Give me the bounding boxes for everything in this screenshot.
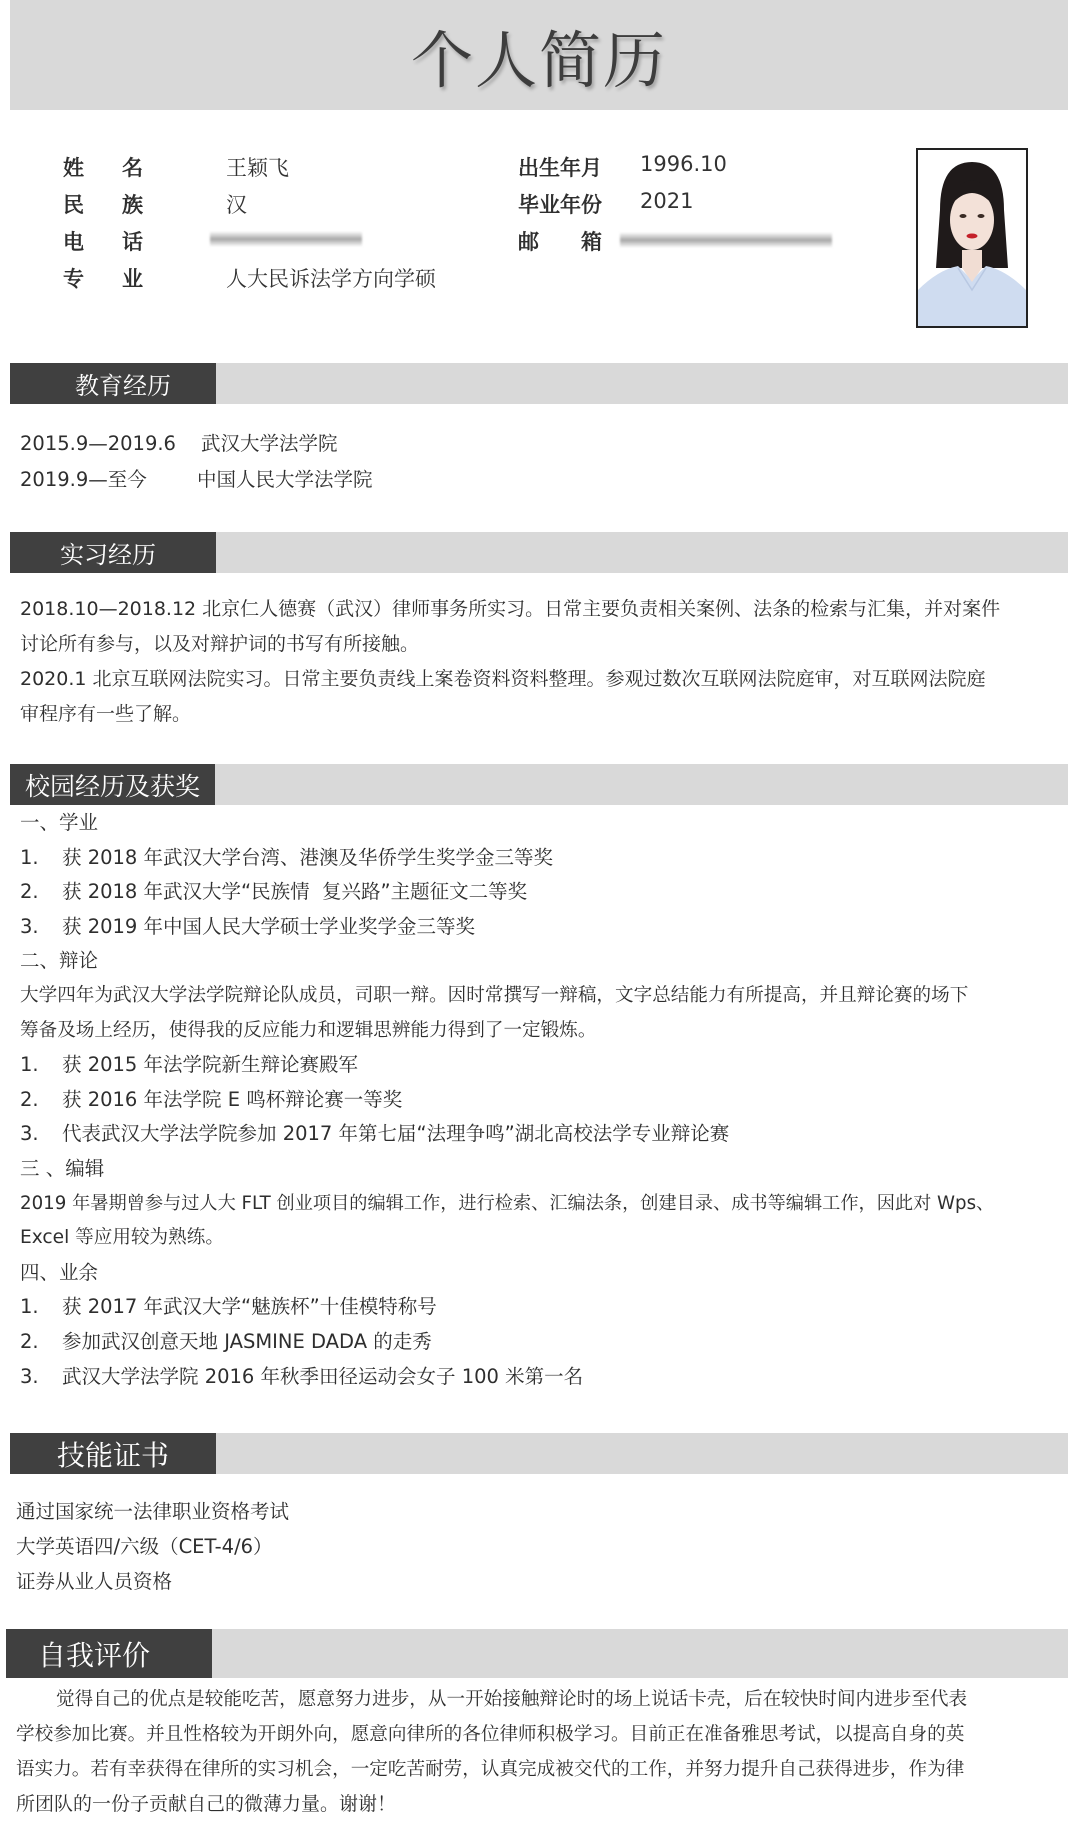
list-item: 3.获 2019 年中国人民大学硕士学业奖学金三等奖 xyxy=(20,910,1070,945)
text-line: 讨论所有参与，以及对辩护词的书写有所接触。 xyxy=(20,627,1070,662)
section-title: 教育经历 xyxy=(10,363,216,404)
label-char: 姓 xyxy=(63,152,84,182)
grad-label: 毕业年份 xyxy=(518,189,602,219)
text-line: 筹备及场上经历，使得我的反应能力和逻辑思辨能力得到了一定锻炼。 xyxy=(20,1014,1070,1049)
text-line: 2018.10—2018.12 北京仁人德赛（武汉）律师事务所实习。日常主要负责… xyxy=(20,592,1070,627)
text-line: 审程序有一些了解。 xyxy=(20,697,1070,732)
name-value: 王颖飞 xyxy=(226,152,289,182)
list-item: 3.武汉大学法学院 2016 年秋季田径运动会女子 100 米第一名 xyxy=(20,1360,1070,1395)
text-line: Excel 等应用较为熟练。 xyxy=(20,1221,1070,1256)
label-char: 民 xyxy=(63,189,84,219)
grad-value: 2021 xyxy=(640,189,693,213)
label-char: 名 xyxy=(122,152,143,182)
phone-redacted xyxy=(210,232,362,246)
skills-list: 通过国家统一法律职业资格考试 大学英语四/六级（CET-4/6） 证券从业人员资… xyxy=(16,1494,289,1599)
email-redacted xyxy=(620,233,832,247)
item-text: 代表武汉大学法学院参加 2017 年第七届“法理争鸣”湖北高校法学专业辩论赛 xyxy=(62,1122,729,1145)
major-label: 专业 xyxy=(63,263,143,293)
skill-item: 证券从业人员资格 xyxy=(16,1564,289,1599)
item-text: 获 2015 年法学院新生辩论赛殿军 xyxy=(62,1053,358,1076)
item-text: 参加武汉创意天地 JASMINE DADA 的走秀 xyxy=(62,1330,432,1353)
birth-value: 1996.10 xyxy=(640,152,727,176)
text-line: 学校参加比赛。并且性格较为开朗外向，愿意向律所的各位律师积极学习。目前正在准备雅… xyxy=(16,1717,1071,1752)
item-number: 3. xyxy=(20,910,62,945)
name-label: 姓名 xyxy=(63,152,143,182)
education-school: 武汉大学法学院 xyxy=(201,432,338,455)
label-char: 业 xyxy=(122,263,143,293)
ethnicity-label: 民族 xyxy=(63,189,143,219)
internship-text: 2018.10—2018.12 北京仁人德赛（武汉）律师事务所实习。日常主要负责… xyxy=(20,592,1070,732)
text-line: 觉得自己的优点是较能吃苦，愿意努力进步，从一开始接触辩论时的场上说话卡壳，后在较… xyxy=(16,1682,1071,1717)
section-title: 自我评价 xyxy=(6,1629,212,1678)
skill-item: 大学英语四/六级（CET-4/6） xyxy=(16,1529,289,1564)
education-school: 中国人民大学法学院 xyxy=(197,468,373,491)
item-number: 2. xyxy=(20,1083,62,1118)
ethnicity-value: 汉 xyxy=(226,189,247,219)
label-char: 专 xyxy=(63,263,84,293)
text-line: 大学四年为武汉大学法学院辩论队成员，司职一辩。因时常撰写一辩稿，文字总结能力有所… xyxy=(20,979,1070,1014)
portrait-icon xyxy=(918,150,1026,326)
section-title: 校园经历及获奖 xyxy=(10,764,215,805)
list-item: 2.获 2018 年武汉大学“民族情 复兴路”主题征文二等奖 xyxy=(20,875,1070,910)
text-line: 2019 年暑期曾参与过人大 FLT 创业项目的编辑工作，进行检索、汇编法条，创… xyxy=(20,1187,1070,1222)
item-text: 获 2018 年武汉大学“民族情 复兴路”主题征文二等奖 xyxy=(62,880,527,903)
education-item: 2015.9—2019.6武汉大学法学院 xyxy=(20,428,338,456)
subheading-academic: 一、学业 xyxy=(20,806,1070,841)
item-number: 2. xyxy=(20,1325,62,1360)
item-number: 2. xyxy=(20,875,62,910)
text-line: 语实力。若有幸获得在律所的实习机会，一定吃苦耐劳，认真完成被交代的工作，并努力提… xyxy=(16,1752,1071,1787)
label-char: 族 xyxy=(122,189,143,219)
subheading-editing: 三 、编辑 xyxy=(20,1152,1070,1187)
section-header-internship: 实习经历 xyxy=(10,532,1068,573)
list-item: 2.参加武汉创意天地 JASMINE DADA 的走秀 xyxy=(20,1325,1070,1360)
item-text: 武汉大学法学院 2016 年秋季田径运动会女子 100 米第一名 xyxy=(62,1365,583,1388)
section-header-self-eval: 自我评价 xyxy=(6,1629,1068,1678)
subheading-debate: 二、辩论 xyxy=(20,944,1070,979)
text-line: 所团队的一份子贡献自己的微薄力量。谢谢！ xyxy=(16,1787,1071,1822)
label-char: 话 xyxy=(122,226,143,256)
item-number: 1. xyxy=(20,841,62,876)
education-period: 2019.9—至今 xyxy=(20,464,197,492)
birth-label: 出生年月 xyxy=(518,152,602,182)
basic-info: 姓名 王颖飞 民族 汉 电话 专业 人大民诉法学方向学硕 出生年月 1996.1… xyxy=(0,0,900,300)
section-header-campus: 校园经历及获奖 xyxy=(10,764,1068,805)
item-text: 获 2019 年中国人民大学硕士学业奖学金三等奖 xyxy=(62,915,475,938)
self-eval-text: 觉得自己的优点是较能吃苦，愿意努力进步，从一开始接触辩论时的场上说话卡壳，后在较… xyxy=(16,1682,1071,1822)
list-item: 1.获 2018 年武汉大学台湾、港澳及华侨学生奖学金三等奖 xyxy=(20,841,1070,876)
section-title: 实习经历 xyxy=(10,532,216,573)
education-period: 2015.9—2019.6 xyxy=(20,432,201,455)
list-item: 1.获 2015 年法学院新生辩论赛殿军 xyxy=(20,1048,1070,1083)
item-number: 1. xyxy=(20,1048,62,1083)
label-char: 电 xyxy=(63,226,84,256)
section-header-education: 教育经历 xyxy=(10,363,1068,404)
avatar-photo xyxy=(916,148,1028,328)
item-number: 3. xyxy=(20,1117,62,1152)
education-item: 2019.9—至今中国人民大学法学院 xyxy=(20,464,373,492)
list-item: 1.获 2017 年武汉大学“魅族杯”十佳模特称号 xyxy=(20,1290,1070,1325)
section-header-skills: 技能证书 xyxy=(10,1433,1068,1474)
item-text: 获 2018 年武汉大学台湾、港澳及华侨学生奖学金三等奖 xyxy=(62,846,553,869)
label-char: 邮 xyxy=(518,226,539,256)
list-item: 2.获 2016 年法学院 E 鸣杯辩论赛一等奖 xyxy=(20,1083,1070,1118)
major-value: 人大民诉法学方向学硕 xyxy=(226,263,436,293)
label-char: 箱 xyxy=(581,226,602,256)
email-label: 邮箱 xyxy=(518,226,602,256)
skill-item: 通过国家统一法律职业资格考试 xyxy=(16,1494,289,1529)
campus-content: 一、学业 1.获 2018 年武汉大学台湾、港澳及华侨学生奖学金三等奖 2.获 … xyxy=(20,806,1070,1394)
phone-label: 电话 xyxy=(63,226,143,256)
text-line: 2020.1 北京互联网法院实习。日常主要负责线上案卷资料资料整理。参观过数次互… xyxy=(20,662,1070,697)
list-item: 3.代表武汉大学法学院参加 2017 年第七届“法理争鸣”湖北高校法学专业辩论赛 xyxy=(20,1117,1070,1152)
item-text: 获 2017 年武汉大学“魅族杯”十佳模特称号 xyxy=(62,1295,437,1318)
item-text: 获 2016 年法学院 E 鸣杯辩论赛一等奖 xyxy=(62,1088,402,1111)
subheading-leisure: 四、业余 xyxy=(20,1256,1070,1291)
item-number: 1. xyxy=(20,1290,62,1325)
section-title: 技能证书 xyxy=(10,1433,216,1474)
item-number: 3. xyxy=(20,1360,62,1395)
